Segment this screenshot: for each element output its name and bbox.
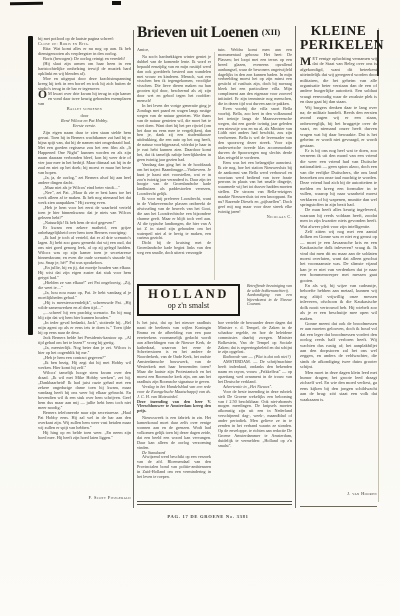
paragraph: „Ik had je toch al verteld, dat er al dr…	[38, 235, 131, 265]
paragraph: Wilcox' tamelijk hooge stem kwam over de…	[38, 370, 131, 410]
column-rule	[295, 26, 296, 508]
paragraph: MET eenige opluchting vernamen wij dat d…	[300, 56, 377, 105]
paragraph: „Ja, hou nou maar op, Pat. Je hebt vanda…	[38, 290, 131, 300]
holland-columns: Is het juist, dat op het nieuwe raadhuis…	[137, 321, 292, 489]
brieven-column-2: tuin. Weldra komt men aan een monumentaa…	[218, 48, 292, 280]
holland-section: HOLLAND op z'n smalst Betreffende bezuin…	[137, 282, 292, 508]
paragraph: Nieuwsweek is een fabriek in zin. Het ka…	[137, 416, 211, 450]
dropcap: O	[38, 91, 47, 101]
paragraph: Even voorbij die villa snort Bella voorb…	[218, 107, 292, 161]
paragraph: Jack Berners belde het Presidents-kantoo…	[38, 335, 131, 345]
holland-column-1: Is het juist, dat op het nieuwe raadhuis…	[137, 321, 211, 489]
brieven-title-text: Brieven uit Loenen	[137, 24, 258, 41]
paragraph: Dicht bij de kruising met de Groenlandsc…	[137, 241, 211, 256]
paragraph: Na zoo'n hardnekkigen winter geniet je d…	[137, 55, 211, 104]
paragraph: Men moet in deze dagen klein leed met hu…	[300, 370, 377, 402]
paragraph: Gonne meent dat ook de broodmessen er aa…	[300, 321, 377, 370]
paragraph: „Ik ben bezig. Hij zegt dat hij met Hobb…	[38, 360, 131, 370]
paragraph: De man heeft alles keurig ingeleverd, wa…	[300, 207, 377, 229]
paragraph: tuin. Weldra komt men aan een monumentaa…	[218, 48, 292, 107]
holland-side-clippings: Betreffende bezuiniging van de wilde bok…	[247, 284, 292, 316]
paragraph: Eens was het een belangrijke aanwinst. I…	[218, 161, 292, 215]
brieven-column-1: Amice,Na zoo'n hardnekkigen winter genie…	[137, 48, 211, 280]
paragraph: Berners telefoneerde naar zijn secretare…	[38, 410, 131, 430]
paragraph: AMSTERDAM. — De schrijfmachine heeft ind…	[218, 360, 292, 385]
story-text: bij met potlood op de laatste pagina sch…	[38, 36, 131, 494]
scan-artifact-bar	[28, 36, 33, 335]
paragraph: Voor de beste inzending in deze rubriek …	[218, 390, 292, 449]
paragraph: Vandaag dan ging het in de hoofdzaak om …	[137, 163, 211, 197]
holland-column-2: hoe vertelde de bewaarder dezer dagen da…	[218, 321, 292, 489]
paragraph: Eerste versie.	[38, 123, 131, 128]
paragraph: Zijn eigen naam daar te zien staan steld…	[38, 130, 131, 175]
paragraph: „Heb je hem voor het eerst de waarheid v…	[38, 205, 131, 220]
section-bottom-rule	[137, 501, 292, 505]
holland-subtitle: op z'n smalst	[139, 301, 238, 310]
paragraph: „....schreef hij een prachtig scenario. …	[38, 310, 131, 320]
paragraph: Wij burgers denken daar te lang over na;…	[300, 105, 377, 148]
paragraph: Aankondiging van een bijeenkomst in de N…	[247, 293, 292, 307]
paragraph: En als wij, bij wijze van cadeautje, beh…	[300, 283, 377, 321]
scan-artifact-dash	[112, 1, 121, 5]
perikelen-column: KLEINEPERIKELEN MET eenige opluchting ve…	[300, 24, 377, 508]
brieven-columns: Amice,Na zoo'n hardnekkigen winter genie…	[137, 48, 292, 280]
brieven-title: Brieven uit Loenen (XII)	[137, 24, 292, 41]
page-footer: PAG. 17 DE GROENE No. 3381	[38, 514, 378, 519]
paragraph: „In ieder geval bedankt, Jack", stotterd…	[38, 320, 131, 335]
brieven-section: Brieven uit Loenen (XII) Amice,Na zoo'n …	[137, 24, 292, 508]
paragraph: (Hij slaat zijn armen om haar heen in ee…	[38, 61, 131, 76]
holland-title: HOLLAND	[139, 288, 238, 301]
scan-artifact-dash	[10, 2, 43, 6]
perikelen-signature: J. van Hooren	[347, 491, 377, 496]
paragraph: hoe vertelde de bewaarder dezer dagen da…	[218, 321, 292, 355]
perikelen-title-line2: PERIKELEN	[300, 37, 384, 52]
paragraph: Deze inzending van den heer V. Vleeschho…	[137, 400, 211, 415]
paragraph: Rita: Wat komt alles er nu nog op aan. I…	[38, 46, 131, 56]
perikelen-text: MET eenige opluchting vernamen wij dat d…	[300, 56, 377, 484]
perikelen-title-line1: KLEINE	[311, 23, 367, 38]
page-edge-rule	[378, 28, 379, 502]
paragraph: „Ja, meesterlijk. Nog beter dan je zei. …	[38, 345, 131, 355]
paragraph: Ballet schoenen	[38, 106, 131, 111]
paragraph: Afwijzend werd beschikt op een verzoek v…	[137, 455, 211, 480]
right-column-bottom-rule	[300, 506, 377, 507]
paragraph: Verslag in het Handelsblad van een rede …	[137, 385, 211, 400]
paragraph: Hij hing op en belde toen weer. „En neem…	[38, 430, 131, 440]
story-column: bij met potlood op de laatste pagina sch…	[38, 36, 131, 508]
paragraph: „Nee", zei Pat. „Maar ik zie er best kan…	[38, 190, 131, 205]
paragraph: Zelf zitten wij nog met een aantal dolke…	[300, 229, 377, 283]
paragraph: „Hij is meesterswendelijk", schreeuwde P…	[38, 300, 131, 310]
perikelen-title: KLEINEPERIKELEN	[300, 24, 377, 52]
paragraph: Is het juist, dat op het nieuwe raadhuis…	[137, 321, 211, 385]
paragraph: In het leven der vorige generatie ging j…	[137, 104, 211, 163]
dropcap: M	[300, 56, 311, 66]
paragraph: OM kwart over drie kwam hij terug in zij…	[38, 91, 131, 106]
paragraph: Er is bij ons nog heel wat te doen, zoo …	[300, 148, 377, 207]
paragraph: „Hielden ze van elkaar!" zei Pat ongeloo…	[38, 280, 131, 290]
paragraph: Amice,	[137, 48, 211, 53]
paragraph: Nicolaas C.	[218, 215, 292, 220]
column-rule	[133, 30, 134, 508]
paragraph: Ik voor mij prefereer Loosdrecht, want i…	[137, 197, 211, 241]
paragraph: „Ja, ja, de oorlog," zei Berners alsof h…	[38, 175, 131, 185]
paragraph: Er kwam een zekere matheid, een grijze o…	[38, 225, 131, 235]
author-signature: F. Scott Fitzgerald	[88, 495, 131, 500]
paragraph: Moe en uitgeput door deze krachtsinspann…	[38, 76, 131, 91]
paragraph: „En jullie, hij en jij, dat moetje houde…	[38, 265, 131, 280]
holland-headline-box: HOLLAND op z'n smalst	[137, 284, 240, 316]
brieven-title-numeral: (XII)	[262, 27, 280, 37]
newspaper-page: bij met potlood op de laatste pagina sch…	[0, 0, 400, 616]
